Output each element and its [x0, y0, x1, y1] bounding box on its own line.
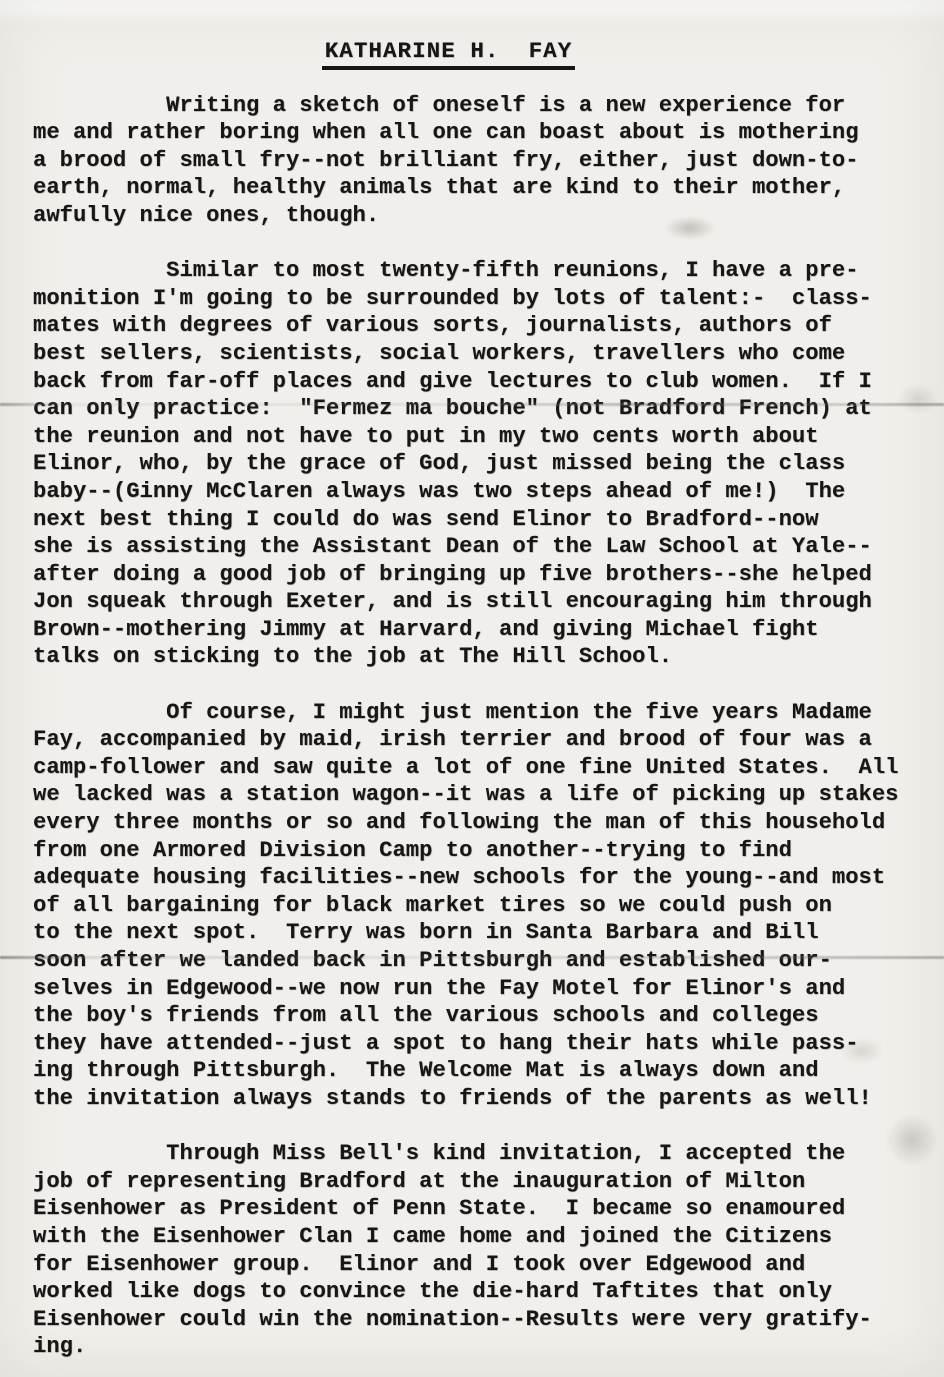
paragraph-army-years: Of course, I might just mention the five… — [33, 699, 916, 1113]
document-title-text: KATHARINE H. FAY — [322, 38, 576, 70]
document-page: KATHARINE H. FAY Writing a sketch of one… — [0, 0, 944, 1377]
paragraph-intro: Writing a sketch of oneself is a new exp… — [33, 92, 916, 230]
paragraph-reunion: Similar to most twenty-fifth reunions, I… — [33, 257, 916, 671]
document-title: KATHARINE H. FAY — [7, 38, 890, 66]
paragraph-eisenhower: Through Miss Bell's kind invitation, I a… — [33, 1140, 916, 1361]
document-content: KATHARINE H. FAY Writing a sketch of one… — [0, 0, 944, 1377]
